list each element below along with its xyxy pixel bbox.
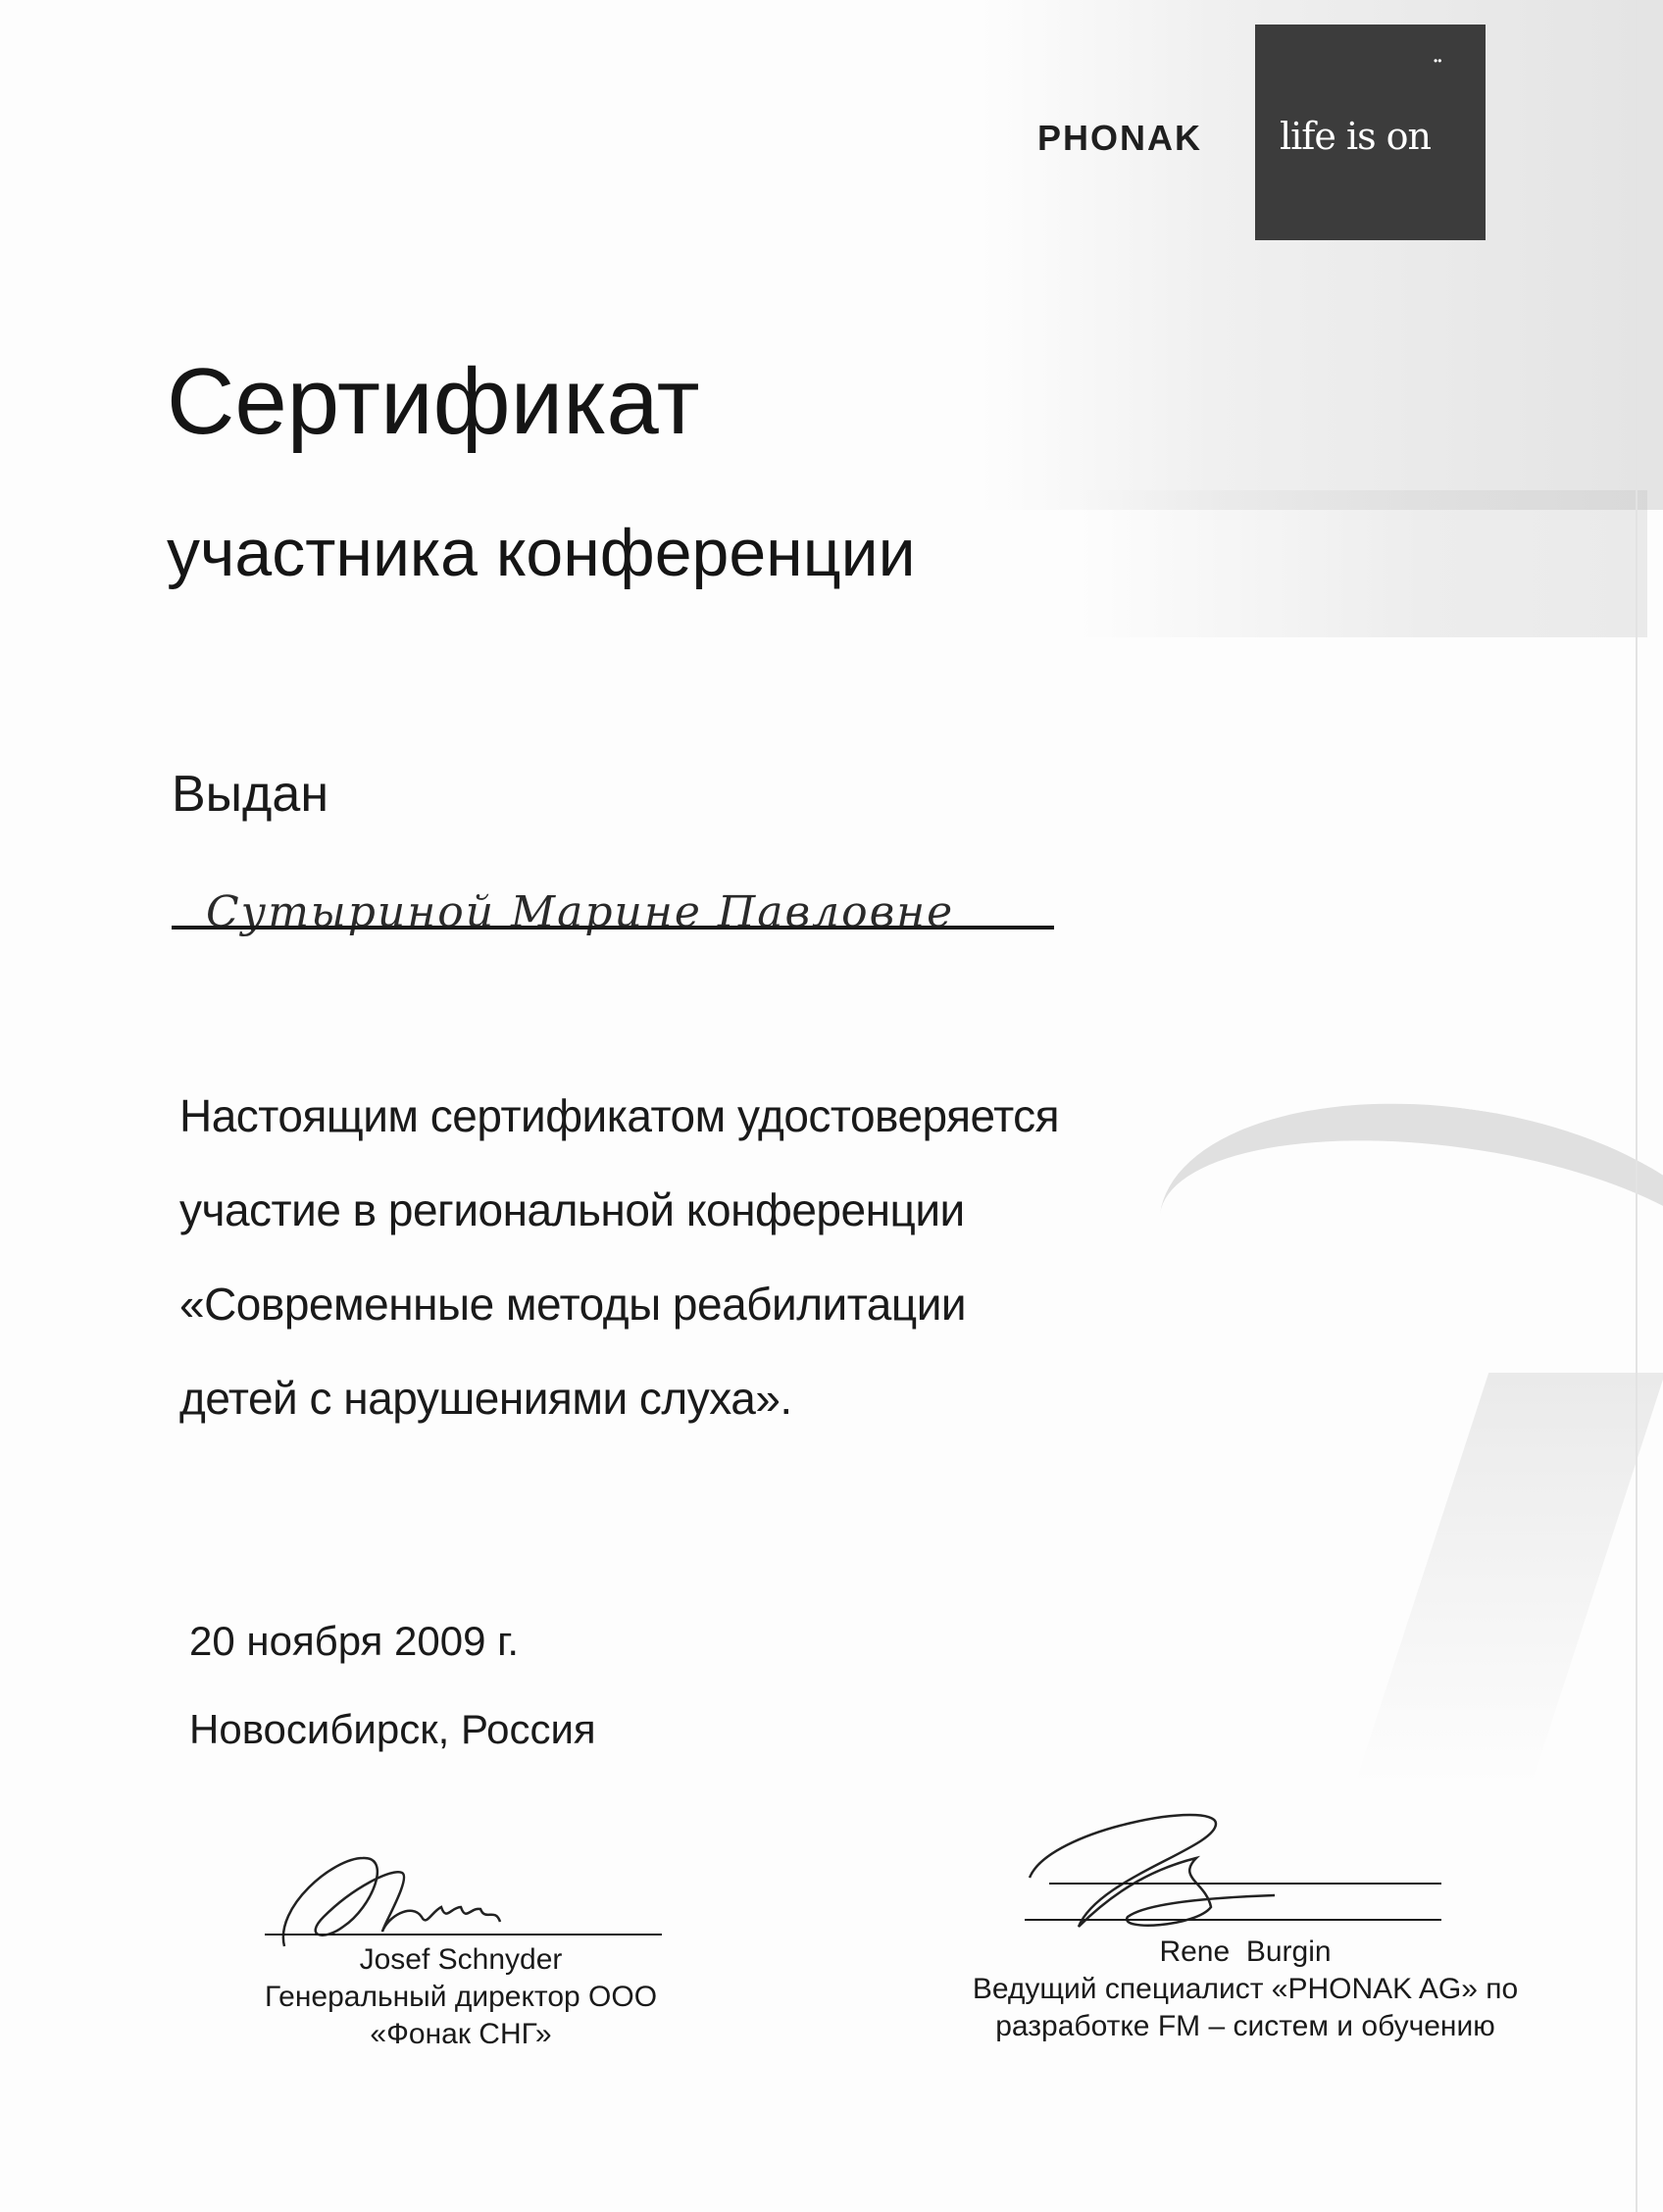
certificate-date: 20 ноября 2009 г. — [189, 1618, 519, 1665]
signature-line — [1025, 1919, 1441, 1921]
body-line: детей с нарушениями слуха». — [179, 1351, 1059, 1445]
signatory-right: Rene Burgin Ведущий специалист «PHONAK A… — [932, 1934, 1559, 2045]
body-line: Настоящим сертификатом удостоверяется — [179, 1069, 1059, 1163]
decorative-dots-icon: •• — [1434, 54, 1441, 68]
signature-line — [1049, 1883, 1441, 1885]
recipient-name: Сутыриной Марине Павловне — [206, 887, 954, 937]
recipient-underline — [172, 926, 1054, 930]
signatory-title: разработке FM – систем и обучению — [932, 2008, 1559, 2045]
certificate-title: Сертификат — [167, 348, 700, 456]
tagline-text: life is on — [1280, 115, 1431, 158]
phonak-logo: PHONAK — [1037, 118, 1202, 159]
signature-burgin-icon — [1020, 1809, 1334, 1936]
signature-line — [265, 1934, 662, 1935]
body-line: «Современные методы реабилитации — [179, 1257, 1059, 1351]
scan-texture — [1079, 490, 1647, 637]
signatory-name: Rene Burgin — [932, 1934, 1559, 1971]
signatory-left: Josef Schnyder Генеральный директор ООО … — [226, 1941, 696, 2053]
certificate-subtitle: участника конференции — [167, 515, 916, 591]
page-edge — [1636, 0, 1638, 2212]
signatory-title: Генеральный директор ООО — [226, 1979, 696, 2016]
signatory-title: Ведущий специалист «PHONAK AG» по — [932, 1971, 1559, 2008]
certificate-city: Новосибирск, Россия — [189, 1706, 596, 1753]
signature-schnyder-icon — [265, 1848, 618, 1956]
certificate-page: PHONAK •• life is on Сертификат участник… — [0, 0, 1663, 2212]
signatory-name: Josef Schnyder — [226, 1941, 696, 1979]
tagline-box: •• life is on — [1255, 25, 1486, 240]
issued-label: Выдан — [172, 765, 328, 824]
background-arc-graphic — [1139, 1069, 1663, 1442]
certificate-body: Настоящим сертификатом удостоверяется уч… — [179, 1069, 1059, 1445]
body-line: участие в региональной конференции — [179, 1163, 1059, 1257]
background-diagonal-graphic — [1355, 1373, 1663, 1785]
signatory-company: «Фонак СНГ» — [226, 2016, 696, 2053]
